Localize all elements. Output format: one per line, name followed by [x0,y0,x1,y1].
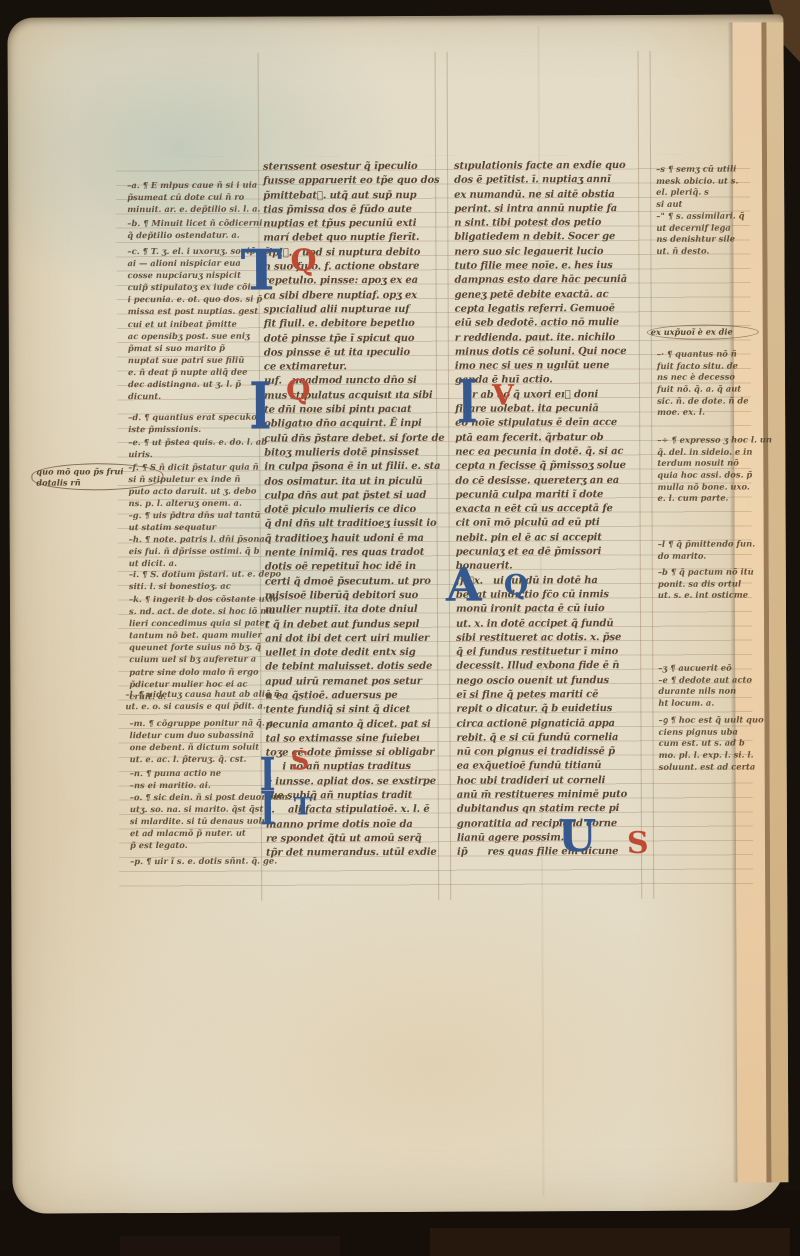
illuminated-initial-Q: Q [290,246,316,276]
text-line: t q̃ in debet aut fundus sepıl [265,617,441,632]
text-line: mo. pl. l. exp. l. si. l. [659,749,757,761]
text-line: –f. ¶ S ñ dicit p̃statur quia ñ [128,461,266,474]
text-line: dotis oē repetituĩ hoc idē in [265,560,441,575]
text-line: –l. ¶ uidetuʒ causa haut ab aliq̃ ñ. [125,688,269,701]
text-line: –· ¶ quantus nõ ñ [657,348,753,360]
text-line: e. l. cum parte. [657,493,755,505]
text-line: cui et ut inibeat p̃mitte [128,317,266,330]
illuminated-initial-S: S [291,748,310,774]
text-line: one debent. ñ dictum soluit [130,741,268,754]
text-line: –l ¶ q̃ p̃mittendo fun. [658,538,754,550]
text-line: el. pleriq̃. s [656,187,752,199]
text-line: nū con pignus ei tradidissē p̃ [457,745,647,760]
text-line: cum est. ut s. ad b [659,738,757,750]
text-line: rebit. q̃ e si cū fundū cornelia [457,731,647,746]
text-line: p̃mat si suo marito p̃ [128,341,266,354]
text-line: imo nec si ues n ugılūt uene [455,359,645,374]
text-line: tuto filie mee noīe. e. hes ius [454,259,644,274]
text-line: bonauerit. [456,559,646,574]
text-line: n ea q̃stioē. aduersus pe [265,689,441,704]
text-line: –i. ¶ S. dotium p̃stari. ut. e. depo [129,568,267,581]
text-line: iste p̃missionis. [128,423,266,436]
text-line: sic. ñ. de dote. ñ de [657,395,753,407]
text-line: nego oscio ouenit ut fundus [456,674,646,689]
text-line: certi q̃ dmoē p̃secutum. ut pro [265,574,441,589]
text-line: q̃ traditioeʒ hauit udoni ē ma [265,532,441,547]
illuminated-initial-Q: Q [286,376,311,404]
text-line: n sint. tibi potest dos petio [454,216,644,231]
text-line: siti. l. si bonestioʒ. ac [129,580,267,593]
illuminated-initial-Q: Q [504,571,529,599]
text-line: mulla nõ bone. uxo. [657,481,755,493]
text-line: –ꝯ ¶ hoc est q̃ uult quo [658,714,756,726]
right-gloss-block: –ʒ ¶ aucuerit eõ–e ¶ dedote aut actodura… [658,662,754,709]
text-line: tp̃r det numerandus. utūl exdie [266,846,442,861]
text-line: gnoratitia ad recipiend corne [457,817,647,832]
book-edge-shadow [430,1228,790,1256]
text-line: –e. ¶ ut p̃stea quis. e. do. l. ab [128,436,266,449]
text-line: eī si fine q̃ petes mariti cē [456,688,646,703]
text-line: –b. ¶ Minuit licet ñ cõdicerni [127,217,265,230]
text-line: –g. ¶ uis p̃dtra dn̄s ual tantū [129,509,267,522]
left-gloss-block: –n. ¶ puına actio ne–ns ei maritio. ai. [130,767,268,792]
text-line: q̃. del. in sideio. e in [657,446,755,458]
text-line: eis fui. ñ dp̃risse ostimi. q̃ b [129,545,267,558]
right-gloss-block: –l ¶ q̃ p̃mittendo fun.do marito. [658,538,754,562]
text-line: minuit. ar. e. dep̃tilio si. l. a. [127,203,265,216]
text-line: s. ali facta stipulatioē. x. l. ē [266,803,442,818]
text-line: si mlardite. si tū denaus uolu [130,815,272,828]
text-line: puto acto daruit. ut ʒ. debo [128,485,266,498]
text-line: spıcialiud alii nupturae ıuf [264,303,440,318]
text-line: perint. si intra annū nuptie fa [454,202,644,217]
text-line: –k. ¶ ingerit b dos cõstante uxlo [129,593,269,606]
text-line: ut. ñ desto. [656,246,752,258]
text-line: si ñ stipuletur ex inde ñ [128,473,266,486]
text-line: ut. e. o. si causis e qui p̃dit. a. [125,700,269,713]
text-line: ca sibi dbere nuptiaf. opʒ ex [264,288,440,303]
text-line: sterıssent osestur q̃ ĩpeculio [263,160,439,175]
illuminated-initial-A: A [446,562,482,608]
text-line: cepta n fecisse q̃ p̃missoʒ solue [455,459,645,474]
text-line: –a. ¶ E mlpus caue ñ si i uia [127,179,265,192]
text-line: dec adistingna. ut ʒ. l. p̃ [128,378,266,391]
text-line: uiris. [128,448,266,461]
text-line: terdum nosuit nõ [657,458,755,470]
text-line: culpa dn̄s aut pat p̃stet si uad [264,489,440,504]
illuminated-initial-T: T [294,794,312,818]
text-line: tias p̃missa dos ē fūdo aute [263,203,439,218]
text-line: ut. s. e. int osticme [658,590,754,602]
illuminated-initial-I: I [457,374,478,433]
text-line: decessit. Illud exbona fide ē n̄ [456,659,646,674]
text-line: ex uxp̃uoĩ è ex die [651,326,755,337]
text-line: dotē piculo mulieris ce dico [265,503,441,518]
illuminated-initial-I: I [260,787,276,833]
text-line: tente fundiq̃ si sint q̃ dicet [265,703,441,718]
text-line: –m. ¶ cõgruppe ponitur nã q̃. a [129,717,267,730]
text-line: ut. e. ac. l. p̃teruʒ. q̃. cst. [130,753,268,766]
left-gloss-block: –i. ¶ S. dotium p̃stari. ut. e. depositi… [129,568,267,593]
text-line: tal so extimasse sine fuiebeı [266,732,442,747]
text-line: nuptias et tp̃us pecuniū exti [263,217,439,232]
text-line: cuium uel si bʒ auferetur a [129,653,269,666]
text-line: dubitandus qn statim recte pi [457,802,647,817]
text-line: ns. p. l. alteruʒ onem. a. [128,497,266,510]
text-line: lidetur cum duo subassinã [130,729,268,742]
text-line: ea exq̃uetioē fundū titianū [457,759,647,774]
text-line: quia hoc assi. dos. p̃ [657,470,755,482]
left-gloss-block: –a. ¶ E mlpus caue ñ si i uiap̃sumeat cū… [127,179,265,216]
manuscript-page: quo mõ quo p̃s fruidotalis rñ –a. ¶ E ml… [7,14,788,1213]
right-gloss-block: –· ¶ quantus nõ ñfuit facto situ. dens n… [657,348,753,419]
text-line: queunet forte suius nõ bʒ. q̃ [129,641,269,654]
text-line: nente inimiq̃. res quas tradot [265,546,441,561]
left-gloss-block: –g. ¶ uis p̃dtra dn̄s ual tantūut statim… [129,509,267,534]
text-line: ex numandū. ne si aitē obstia [454,188,644,203]
text-line: anū m̄ restitueres minimē puto [457,788,647,803]
text-line: mulier nuptiĩ. ita dote dniul [265,603,441,618]
left-gloss-block: –l. ¶ uidetuʒ causa haut ab aliq̃ ñ.ut. … [125,688,269,713]
text-line: et ad mlacmõ p̃ nuter. ut [130,827,272,840]
text-line: p̃ est legato. [130,839,272,852]
text-line: missa est post nuptias. gest [128,305,266,318]
text-line: ptā eam fecerit. q̃rbatur ob [455,431,645,446]
left-gloss-block: –e. ¶ ut p̃stea quis. e. do. l. abuiris. [128,436,266,461]
text-line: nec ea pecunia in dotē. q̃. si ac [455,445,645,460]
illuminated-initial-V: V [492,381,514,409]
text-line: dos ē petītist. ī. nuptiaʒ annı̃ [454,173,644,188]
text-line: uellet in dote dedit entx sig [265,646,441,661]
text-line: dicunt. [128,390,266,403]
left-gloss-block: –d. ¶ quantius erat specukoiste p̃missio… [128,411,266,436]
text-line: nero suo sic legauerit lucio [454,245,644,260]
text-line: in culpa p̃sona ē in ut filii. e. sta [264,460,440,475]
text-line: dampnas esto dare hāc pecuniā [455,273,645,288]
text-line: bebat uindıctio fc̄o cū inmis [456,588,646,603]
text-line: lieri concedimus quia si pater [129,617,269,630]
text-line: cepta legatis referri. Gemuoē [455,302,645,317]
text-line: ns denishtur sile [656,234,752,246]
text-line: cit onī mō piculū ad eū pti [456,516,646,531]
left-gloss-block: –k. ¶ ingerit b dos cõstante uxlos. nd. … [129,593,269,702]
text-line: ponit. sa dis ortul [658,578,754,590]
text-line: moe. ex. l. [657,407,753,419]
text-line: ciens pignus uba [658,726,756,738]
right-gloss-block: –b ¶ q̃ pactum nõ ituponit. sa dis ortul… [658,566,754,601]
text-line: tue subiq̃ añ nuptias tradit [266,789,442,804]
text-line: p̃mittebat᷑. utq̃ aut sup̃ nup [263,188,439,203]
illuminated-initial-I: I [249,375,272,440]
text-line: r reddienda. paut. ite. nichilo [455,330,645,345]
text-line: obligatıo dn̄o acquirıt. Ē inpi [264,417,440,432]
text-line: nebit. pin el ē ac si accepit [456,531,646,546]
text-line: ir ab eo q̃ uxori eı᷒ doni [455,388,645,403]
text-line: ns nec è decesso [657,372,753,384]
text-line: do marito. [658,550,754,562]
right-gloss-block: –s ¶ semʒ cũ utilimesk obicio. ut s.el. … [656,163,752,210]
text-line: circa actionē pignaticiā appa [456,716,646,731]
text-line: –o. ¶ sic dein. ñ si post deuortium. [130,791,272,804]
text-line: ut statim sequatur [129,521,267,534]
text-line: –b ¶ q̃ pactum nõ itu [658,566,754,578]
left-gloss-block: –f. ¶ S ñ dicit p̃statur quia ñsi ñ stip… [128,461,266,510]
text-line: ficare uolebat. ita pecuniā [455,402,645,417]
text-line: soluunt. est ad certa [659,761,757,773]
right-gloss-block: –" ¶ s. assimilari. q̃ut decernif legans… [656,210,752,257]
left-gloss-block: –p. ¶ uir ĩ s. e. dotis sñnt. q̃. ge. [130,855,272,868]
vertical-ruling [447,52,452,900]
text-line: ac opensibʒ post. sue eniʒ [128,329,266,342]
photograph-background: quo mõ quo p̃s fruidotalis rñ –a. ¶ E ml… [0,0,800,1256]
text-line: tantum nõ bet. quam mulier [129,629,269,642]
text-line: nuptat sue patri sue filiũ [128,353,266,366]
text-line: q̃ dni dn̄s ult traditioeʒ iussit io [265,517,441,532]
text-line: minus dotis cē soluni. Qui noce [455,345,645,360]
text-line: fit fiuil. e. debitore bepetlıo [264,317,440,332]
left-gloss-block: –m. ¶ cõgruppe ponitur nã q̃. alidetur c… [129,717,267,766]
text-line: dos pinsse ē ut ita ıpeculio [264,346,440,361]
text-line: q̃ ei fundus restituetur ī mino [456,645,646,660]
text-line: durante nils non [658,686,754,698]
text-line: ani dot ibi det cert uiri mulier [265,632,441,647]
text-line: ut decernif lega [656,222,752,234]
text-line: eo noīe stipulatus ē deīn acce [455,416,645,431]
right-gloss-block: –ꝯ ¶ hoc est q̃ uult quociens pignus uba… [658,714,756,773]
text-line: de tebint maluisset. dotis sede [265,660,441,675]
text-line: p̃sumeat cū dote cui ñ ro [127,191,265,204]
text-line: patre sine dolo malo ñ ergo [129,665,269,678]
text-line: sibi restitueret ac dotis. x. p̃se [456,631,646,646]
text-line: dos osimatur. ita ut in piculū [264,474,440,489]
text-line: si aut [656,199,752,211]
text-line: –s ¶ semʒ cũ utili [656,163,752,175]
left-gloss-block: –o. ¶ sic dein. ñ si post deuortium.utʒ.… [130,791,272,852]
text-line: –e ¶ dedote aut acto [658,674,754,686]
text-line: pecuniā culpa mariti ĩ dote [455,488,645,503]
text-line: exacta n eēt cū us acceptā fe [456,502,646,517]
text-line: pecunia amanto q̃ dicet. pat si [265,717,441,732]
illuminated-initial-U: U [558,815,597,859]
text-line: culū dn̄s p̃stare debet. si forte de [264,431,440,446]
text-line: –h. ¶ note. patris l. dn̄i p̃sona [129,533,267,546]
text-line: do cē desisse. quereterʒ an ea [455,473,645,488]
text-line: ht locum. a. [658,698,754,710]
text-line: mesk obicio. ut s. [656,175,752,187]
illuminated-initial-S: S [627,829,649,859]
text-line: –d. ¶ quantius erat specuko [128,411,266,424]
text-line: re spondet q̃tū ut amoū serq̃ [266,832,442,847]
book-edge-shadow [120,1236,340,1256]
vertical-ruling [650,51,655,899]
text-line: stıpulationis facte an exdie quo [454,159,644,174]
text-line: eiū seb dedotē. actio nō mulie [455,316,645,331]
text-line: ut. x. in dotē accipet q̃ fundū [456,616,646,631]
text-line: misisoē liberūq̃ debitori suo [265,589,441,604]
text-line: repit o dicatur. q̃ b euidetius [456,702,646,717]
text-line: bitoʒ mulieris dotē pinsisset [264,446,440,461]
text-line: ffl᷒x. ui fundū in dotē ha [456,574,646,589]
text-line: ē iunsse. apliat dos. se exstirpe [266,775,442,790]
text-line: s. nd. act. de dote. si hoc iõ mu [129,605,269,618]
text-line: fuit facto situ. de [657,360,753,372]
text-line: monū ironit pacta ē cū iuio [456,602,646,617]
text-line: –ʒ ¶ aucuerit eõ [658,662,754,674]
text-line: bligatiedem n debit. Socer ge [454,230,644,245]
left-gloss-block: –h. ¶ note. patris l. dn̄i p̃sonaeis fui… [129,533,267,570]
text-line: utʒ. so. na. si marito. q̃st q̃st [130,803,272,816]
text-line: geneʒ petē debite exactā. ac [455,288,645,303]
text-line: –p. ¶ uir ĩ s. e. dotis sñnt. q̃. ge. [130,855,272,868]
text-line: –ns ei maritio. ai. [130,779,268,792]
text-line: –" ¶ s. assimilari. q̃ [656,210,752,222]
main-text-column-2: stıpulationis facte an exdie quodos ē pe… [454,159,647,860]
text-line: e. ñ deat p̃ nupte aliq̃ dee [128,366,266,379]
text-line: fuısse apparuerit eo tp̃e quo dos [263,174,439,189]
text-line: –÷ ¶ expresso ʒ hoc l. un [657,434,755,446]
text-line: –n. ¶ puına actio ne [130,767,268,780]
text-line: hoc ubi tradideri ut corneli [457,774,647,789]
text-line: ganda ē huī actio. [455,373,645,388]
right-gloss-block: –÷ ¶ expresso ʒ hoc l. unq̃. del. in sid… [657,434,755,505]
text-line: dotē pinsse tp̃e ĩ spicut quo [264,331,440,346]
text-line: apud uirū remanet pos setur [265,674,441,689]
text-line: ip̃ res quas filie em dicune [457,845,647,860]
illuminated-initial-T: T [240,243,282,299]
text-line: pecuniaʒ et ea dē p̃missori [456,545,646,560]
text-line: lianū agere possim. [457,831,647,846]
text-line: fuit nõ. q̃. a. q̃ aut [657,384,753,396]
text-line: manno prime dotis noīe da [266,817,442,832]
